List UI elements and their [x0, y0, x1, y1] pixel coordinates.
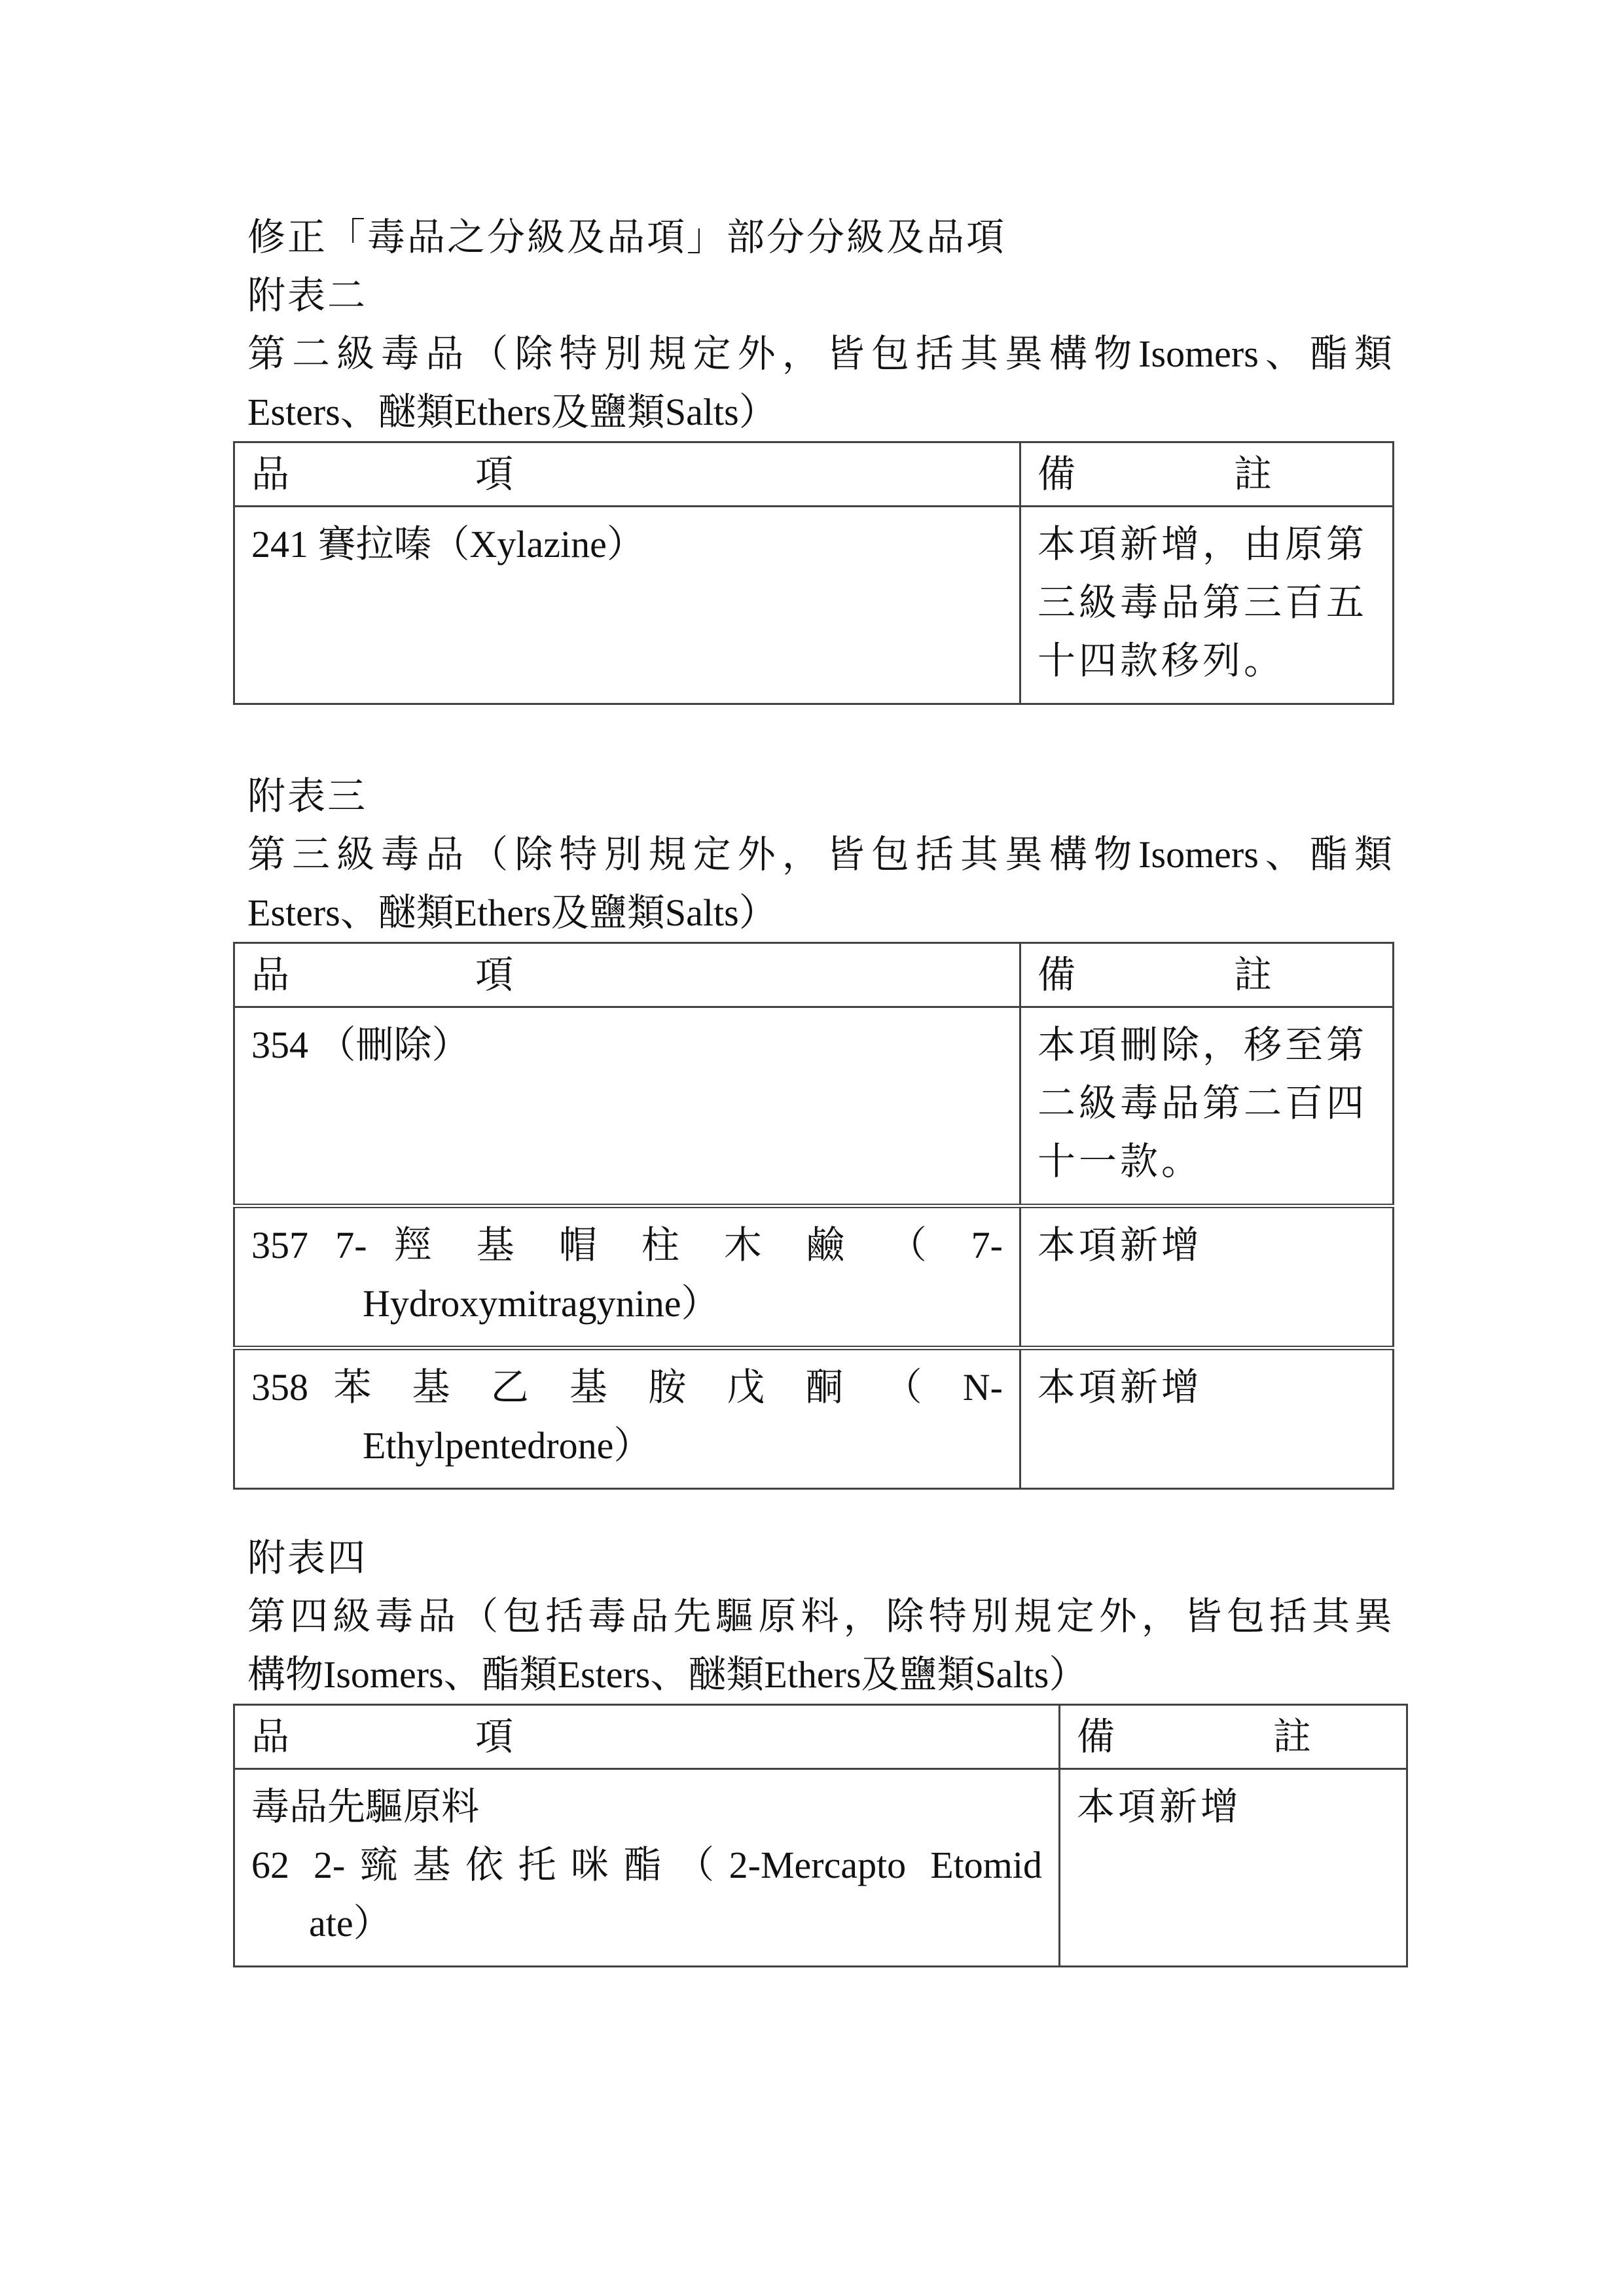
appendix4-text-block: 附表四 第四級毒品（包括毒品先驅原料，除特別規定外，皆包括其異 構物Isomer…	[247, 1529, 1392, 1704]
appendix3-desc-line2: Esters、醚類Ethers及鹽類Salts）	[247, 884, 1392, 942]
item-header: 品 項	[251, 443, 513, 505]
appendix3-label: 附表三	[247, 767, 1392, 825]
item-header-second: 項	[475, 1706, 513, 1768]
note-header-first: 備	[1077, 1706, 1115, 1768]
table-row: 354 （刪除） 本項刪除，移至第 二級毒品第二百四 十一款。	[234, 1007, 1394, 1206]
note-text: 本項刪除，移至第 二級毒品第二百四 十一款。	[1021, 1008, 1392, 1204]
appendix3-table: 品 項 備 註 354 （刪除） 本	[233, 942, 1394, 1490]
item-line-continued: ate）	[251, 1894, 1042, 1952]
page-title: 修正「毒品之分級及品項」部分分級及品項	[247, 208, 1392, 266]
item-header-cell: 品 項	[234, 943, 1020, 1007]
note-header-first: 備	[1038, 944, 1075, 1006]
appendix4-label: 附表四	[247, 1529, 1392, 1587]
item-header: 品 項	[251, 944, 513, 1006]
note-header-cell: 備 註	[1020, 943, 1394, 1007]
item-line: 62 2-巰基依托咪酯（2-Mercapto Etomid	[251, 1836, 1042, 1894]
table-row: 357 7- 羥 基 帽 柱 木 鹼 （ 7- Hydroxymitragyni…	[234, 1206, 1394, 1348]
table-row: 241 賽拉嗪（Xylazine） 本項新增，由原第 三級毒品第三百五 十四款移…	[234, 507, 1394, 704]
item-line: 358 苯 基 乙 基 胺 戊 酮 （ N-	[251, 1358, 1003, 1416]
note-cell: 本項刪除，移至第 二級毒品第二百四 十一款。	[1020, 1007, 1394, 1206]
appendix4-desc-line1: 第四級毒品（包括毒品先驅原料，除特別規定外，皆包括其異	[247, 1587, 1392, 1645]
note-header-second: 註	[1273, 1706, 1311, 1768]
note-cell: 本項新增	[1020, 1206, 1394, 1348]
document-page: 修正「毒品之分級及品項」部分分級及品項 附表二 第二級毒品（除特別規定外，皆包括…	[0, 0, 1624, 2296]
item-header-cell: 品 項	[234, 1705, 1060, 1769]
item-line: 354 （刪除）	[251, 1016, 1003, 1074]
note-text: 本項新增	[1021, 1350, 1392, 1429]
note-text: 本項新增，由原第 三級毒品第三百五 十四款移列。	[1021, 507, 1392, 703]
note-header: 備 註	[1038, 944, 1272, 1006]
intro-text-block: 修正「毒品之分級及品項」部分分級及品項 附表二 第二級毒品（除特別規定外，皆包括…	[247, 208, 1392, 441]
note-header-second: 註	[1234, 944, 1272, 1006]
appendix2-desc-line1: 第二級毒品（除特別規定外，皆包括其異構物Isomers、酯類	[247, 325, 1392, 383]
note-cell: 本項新增	[1060, 1769, 1407, 1967]
appendix3-text-block: 附表三 第三級毒品（除特別規定外，皆包括其異構物Isomers、酯類 Ester…	[247, 767, 1392, 942]
note-header: 備 註	[1077, 1706, 1311, 1768]
note-header: 備 註	[1038, 443, 1272, 505]
note-cell: 本項新增	[1020, 1348, 1394, 1489]
item-line: 357 7- 羥 基 帽 柱 木 鹼 （ 7-	[251, 1216, 1003, 1274]
table-row: 358 苯 基 乙 基 胺 戊 酮 （ N- Ethylpentedrone） …	[234, 1348, 1394, 1489]
appendix4-table: 品 項 備 註 毒品先驅原料 62 2-巰基依托咪酯（2-Mercapto Et…	[233, 1704, 1408, 1967]
item-line: 毒品先驅原料	[251, 1778, 1042, 1836]
note-cell: 本項新增，由原第 三級毒品第三百五 十四款移列。	[1020, 507, 1394, 704]
table-row: 毒品先驅原料 62 2-巰基依托咪酯（2-Mercapto Etomid ate…	[234, 1769, 1407, 1967]
item-cell: 354 （刪除）	[234, 1007, 1020, 1206]
table-header-row: 品 項 備 註	[234, 943, 1394, 1007]
item-cell: 357 7- 羥 基 帽 柱 木 鹼 （ 7- Hydroxymitragyni…	[234, 1206, 1020, 1348]
document-content: 修正「毒品之分級及品項」部分分級及品項 附表二 第二級毒品（除特別規定外，皆包括…	[0, 0, 1624, 1967]
table-header-row: 品 項 備 註	[234, 1705, 1407, 1769]
note-header-cell: 備 註	[1060, 1705, 1407, 1769]
item-header-first: 品	[251, 944, 289, 1006]
item-cell: 毒品先驅原料 62 2-巰基依托咪酯（2-Mercapto Etomid ate…	[234, 1769, 1060, 1967]
item-header-first: 品	[251, 1706, 289, 1768]
item-cell: 358 苯 基 乙 基 胺 戊 酮 （ N- Ethylpentedrone）	[234, 1348, 1020, 1489]
item-line-continued: Hydroxymitragynine）	[251, 1274, 1003, 1333]
item-line-continued: Ethylpentedrone）	[251, 1416, 1003, 1475]
item-header-first: 品	[251, 443, 289, 505]
appendix3-desc-line1: 第三級毒品（除特別規定外，皆包括其異構物Isomers、酯類	[247, 825, 1392, 884]
note-header-second: 註	[1234, 443, 1272, 505]
note-text: 本項新增	[1060, 1770, 1406, 1849]
item-header: 品 項	[251, 1706, 513, 1768]
note-text: 本項新增	[1021, 1208, 1392, 1287]
appendix2-table: 品 項 備 註 241 賽拉嗪（Xylazine）	[233, 441, 1394, 705]
item-header-second: 項	[475, 944, 513, 1006]
item-line: 241 賽拉嗪（Xylazine）	[251, 515, 1003, 573]
item-header-cell: 品 項	[234, 442, 1020, 507]
note-header-cell: 備 註	[1020, 442, 1394, 507]
appendix4-desc-line2: 構物Isomers、酯類Esters、醚類Ethers及鹽類Salts）	[247, 1645, 1392, 1704]
appendix2-desc-line2: Esters、醚類Ethers及鹽類Salts）	[247, 383, 1392, 441]
note-header-first: 備	[1038, 443, 1075, 505]
item-header-second: 項	[475, 443, 513, 505]
appendix2-label: 附表二	[247, 266, 1392, 325]
item-cell: 241 賽拉嗪（Xylazine）	[234, 507, 1020, 704]
table-header-row: 品 項 備 註	[234, 442, 1394, 507]
